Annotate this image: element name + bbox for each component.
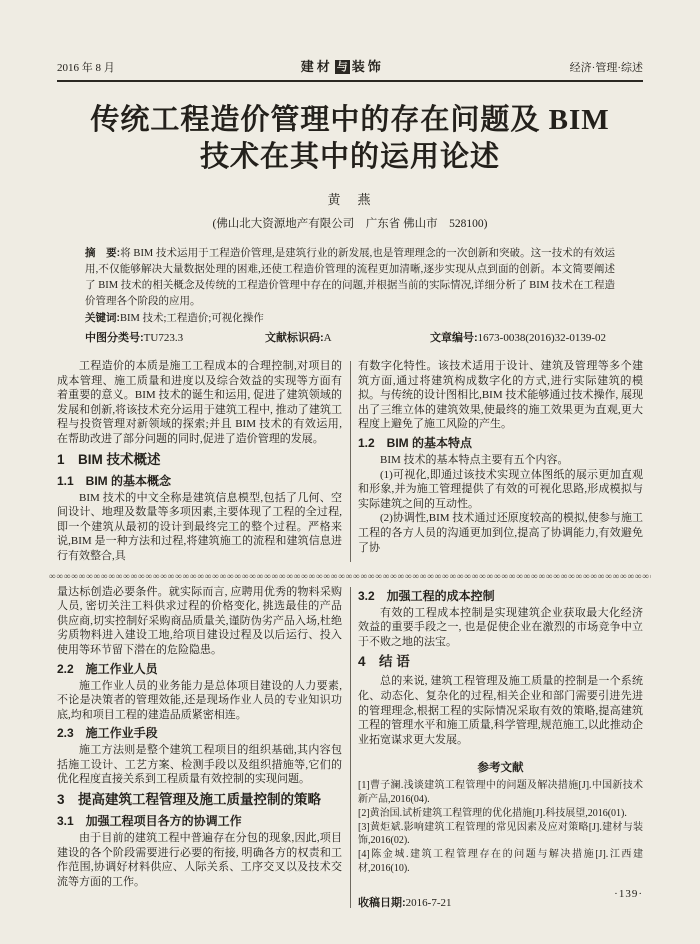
section-heading: 3 提高建筑工程管理及施工质量控制的策略	[57, 790, 342, 810]
reference-item: [4]陈金城.建筑工程管理存在的问题与解决措施[J].江西建材,2016(10)…	[358, 848, 643, 876]
article-title-line1: 传统工程造价管理中的存在问题及 BIM	[57, 102, 643, 139]
logo-text-right: 装饰	[352, 59, 384, 74]
body-paragraph: 有数字化特性。该技术适用于设计、建筑及管理等多个建筑方面,通过将建筑构成数字化的…	[358, 359, 643, 432]
reference-item: [2]黄治国.试析建筑工程管理的优化措施[J].科技展望,2016(01).	[358, 807, 643, 821]
keywords-label: 关键词:	[85, 312, 120, 324]
lower-right-column: 3.2 加强工程的成本控制有效的工程成本控制是实现建筑企业获取最大化经济效益的重…	[358, 585, 643, 910]
body-paragraph: (2)协调性,BIM 技术通过还原度较高的模拟,使参与施工工程的各方人员的沟通更…	[358, 511, 643, 555]
body-paragraph: 施工作业人员的业务能力是总体项目建设的人力要素,不论是决策者的管理效能,还是现场…	[57, 679, 342, 723]
logo-text-left: 建材	[301, 59, 333, 74]
header-column-category: 经济·管理·综述	[570, 59, 643, 75]
lower-body-columns: 量达标创造必要条件。就实际而言, 应聘用优秀的物料采购人员, 密切关注工料供求过…	[57, 585, 643, 910]
references-heading: 参考文献	[358, 759, 643, 775]
page-number: ·139·	[614, 888, 643, 900]
received-date: 收稿日期:2016-7-21	[358, 894, 643, 910]
subsection-heading: 1.2 BIM 的基本特点	[358, 434, 643, 452]
clc-number: 中图分类号:TU723.3	[85, 330, 265, 346]
body-paragraph: 有效的工程成本控制是实现建筑企业获取最大化经济效益的重要手段之一, 也是促使企业…	[358, 606, 643, 650]
subsection-heading: 1.1 BIM 的基本概念	[57, 472, 342, 490]
abstract-block: 摘 要:将 BIM 技术运用于工程造价管理,是建筑行业的新发展,也是管理理念的一…	[85, 245, 615, 310]
body-paragraph: 工程造价的本质是施工工程成本的合理控制,对项目的成本管理、施工质量和进度以及综合…	[57, 359, 342, 447]
author-name: 黄 燕	[57, 189, 643, 208]
body-paragraph: 量达标创造必要条件。就实际而言, 应聘用优秀的物料采购人员, 密切关注工料供求过…	[57, 585, 342, 658]
article-title-line2: 技术在其中的运用论述	[57, 139, 643, 176]
header-date: 2016 年 8 月	[57, 59, 115, 75]
abstract-text: 将 BIM 技术运用于工程造价管理,是建筑行业的新发展,也是管理理念的一次创新和…	[85, 248, 615, 307]
body-paragraph: (1)可视化,即通过该技术实现立体图纸的展示更加直观和形象,并为施工管理提供了有…	[358, 468, 643, 512]
classification-line: 中图分类号:TU723.3 文献标识码:A 文章编号:1673-0038(201…	[85, 330, 615, 346]
body-paragraph: BIM 技术的基本特点主要有五个内容。	[358, 453, 643, 468]
lower-left-column: 量达标创造必要条件。就实际而言, 应聘用优秀的物料采购人员, 密切关注工料供求过…	[57, 585, 342, 910]
received-date-value: 2016-7-21	[406, 897, 452, 909]
keywords-text: BIM 技术;工程造价;可视化操作	[120, 313, 264, 324]
received-date-label: 收稿日期:	[358, 897, 406, 909]
article-id: 文章编号:1673-0038(2016)32-0139-02	[430, 330, 606, 346]
upper-left-column: 工程造价的本质是施工工程成本的合理控制,对项目的成本管理、施工质量和进度以及综合…	[57, 359, 342, 564]
author-affiliation: (佛山北大资源地产有限公司 广东省 佛山市 528100)	[57, 215, 643, 231]
upper-right-column: 有数字化特性。该技术适用于设计、建筑及管理等多个建筑方面,通过将建筑构成数字化的…	[358, 359, 643, 564]
subsection-heading: 2.3 施工作业手段	[57, 724, 342, 742]
document-code: 文献标识码:A	[265, 330, 430, 346]
logo-box-character: 与	[335, 60, 350, 74]
upper-body-columns: 工程造价的本质是施工工程成本的合理控制,对项目的成本管理、施工质量和进度以及综合…	[57, 359, 643, 564]
body-paragraph: 施工方法则是整个建筑工程项目的组织基础,其内容包括施工设计、工艺方案、检测手段以…	[57, 743, 342, 787]
article-separator: ∞∞∞∞∞∞∞∞∞∞∞∞∞∞∞∞∞∞∞∞∞∞∞∞∞∞∞∞∞∞∞∞∞∞∞∞∞∞∞∞…	[49, 571, 651, 581]
reference-item: [1]曹子澜.浅谈建筑工程管理中的问题及解决措施[J].中国新技术新产品,201…	[358, 779, 643, 807]
subsection-heading: 2.2 施工作业人员	[57, 660, 342, 678]
abstract-label: 摘 要:	[85, 247, 120, 259]
section-heading: 4 结 语	[358, 652, 643, 672]
body-paragraph: 由于目前的建筑工程中普遍存在分包的现象,因此,项目建设的各个阶段需要进行必要的衔…	[57, 831, 342, 889]
body-paragraph: 总的来说, 建筑工程管理及施工质量的控制是一个系统化、动态化、复杂化的过程,相关…	[358, 674, 643, 747]
body-paragraph: BIM 技术的中文全称是建筑信息模型,包括了几何、空间设计、地理及数量等多项因素…	[57, 491, 342, 564]
reference-item: [3]黄炬斌.影响建筑工程管理的常见因素及应对策略[J].建材与装饰,2016(…	[358, 821, 643, 849]
subsection-heading: 3.2 加强工程的成本控制	[358, 587, 643, 605]
section-heading: 1 BIM 技术概述	[57, 450, 342, 470]
page-header: 2016 年 8 月 建材与装饰 经济·管理·综述	[57, 56, 643, 82]
article-title: 传统工程造价管理中的存在问题及 BIM 技术在其中的运用论述	[57, 102, 643, 176]
subsection-heading: 3.1 加强工程项目各方的协调工作	[57, 812, 342, 830]
journal-logo: 建材与装饰	[301, 56, 384, 75]
keywords-line: 关键词:BIM 技术;工程造价;可视化操作	[85, 310, 615, 327]
journal-page: 2016 年 8 月 建材与装饰 经济·管理·综述 传统工程造价管理中的存在问题…	[0, 0, 700, 944]
